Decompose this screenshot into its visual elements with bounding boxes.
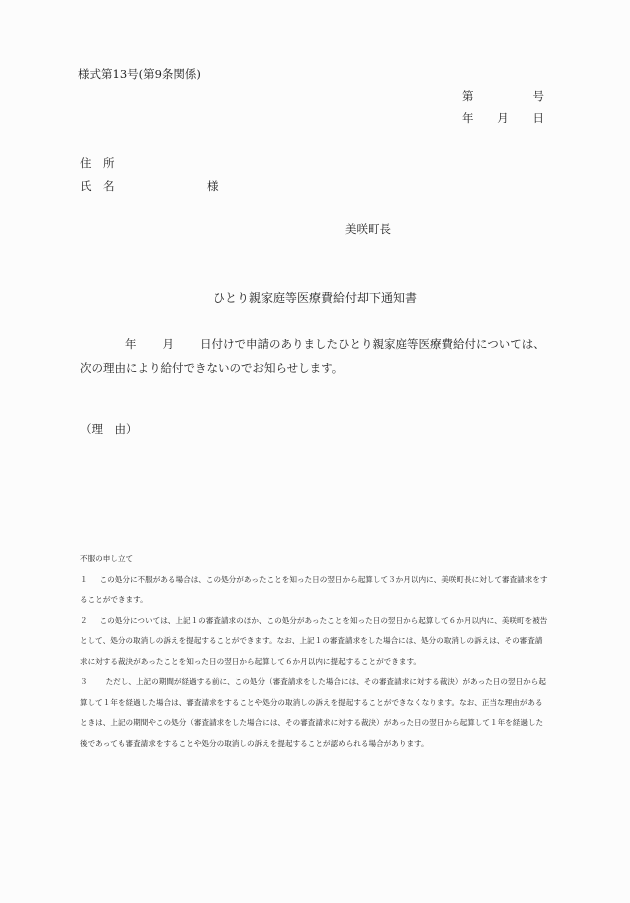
appeal-heading: 不服の申し立て [80, 549, 548, 570]
number-suffix: 号 [533, 88, 545, 104]
appeal-item-2: ２この処分については、上記１の審査請求のほか、この処分があったことを知った日の翌… [80, 611, 548, 673]
body-line2: 次の理由により給付できないのでお知らせします。 [80, 361, 343, 375]
number-prefix: 第 [462, 88, 474, 104]
appeal-section: 不服の申し立て １この処分に不服がある場合は、この処分があったことを知った日の翌… [80, 549, 548, 754]
date-year: 年 [462, 110, 474, 126]
date-day: 日 [533, 110, 545, 126]
date-month: 月 [497, 110, 509, 126]
address-label: 住 所 [80, 155, 115, 171]
reason-label: （理 由） [80, 421, 138, 437]
notice-body: 年月日付けで申請のありましたひとり親家庭等医療費給付については、 次の理由により… [80, 332, 550, 380]
document-date-field: 年 月 日 [462, 110, 544, 126]
body-month: 月 [163, 337, 175, 351]
form-number: 様式第13号(第9条関係) [78, 66, 201, 82]
honorific: 様 [207, 178, 219, 194]
body-line1: 日付けで申請のありましたひとり親家庭等医療費給付については、 [200, 337, 545, 351]
name-label: 氏 名 [80, 178, 115, 194]
appeal-item-1: １この処分に不服がある場合は、この処分があったことを知った日の翌日から起算して３… [80, 570, 548, 611]
body-year: 年 [125, 337, 137, 351]
appeal-item-3: ３ただし、上記の期間が経過する前に、この処分（審査請求をした場合には、その審査請… [80, 672, 548, 754]
document-number-field: 第 号 [462, 88, 544, 104]
issuer: 美咲町長 [345, 221, 391, 237]
document-title: ひとり親家庭等医療費給付却下通知書 [213, 289, 417, 306]
